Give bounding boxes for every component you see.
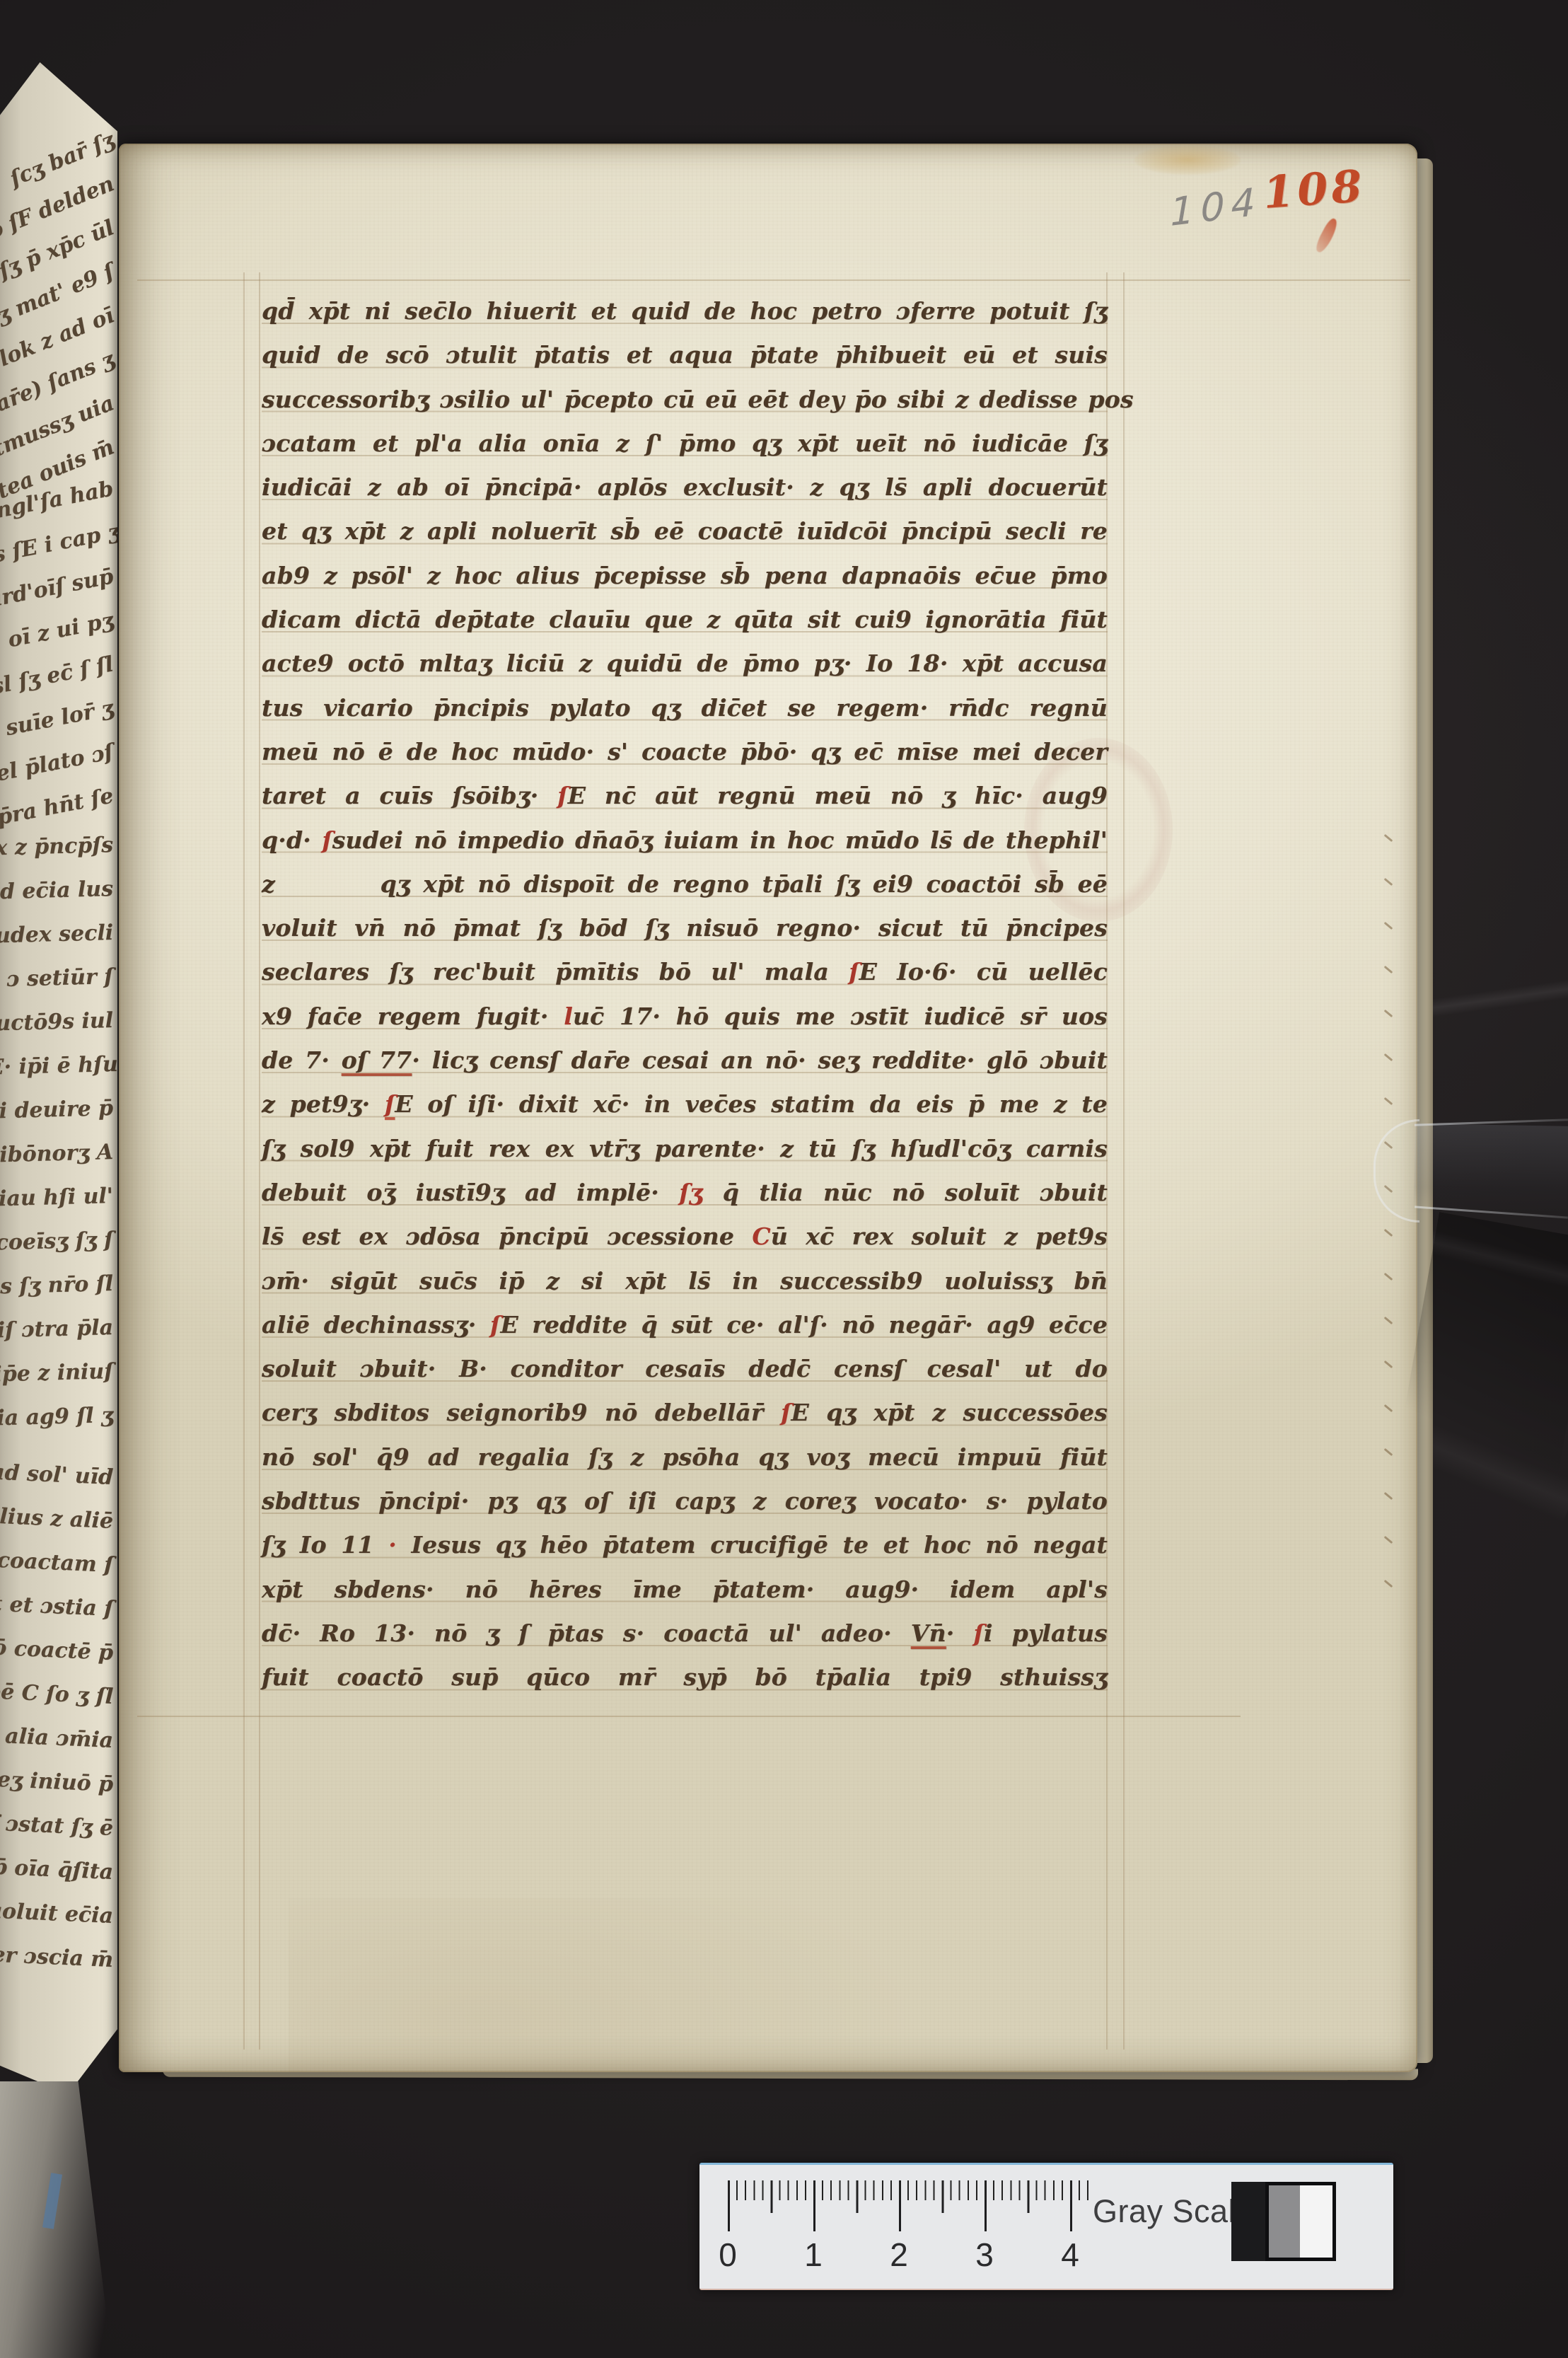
manuscript-line: nō sol' q̄9 ad regalia ſʒ z psōha qʒ v…	[262, 1435, 1108, 1479]
manuscript-text: de 7·	[262, 1046, 342, 1074]
gray-scale-label: Gray Scale	[1093, 2193, 1254, 2230]
manuscript-text: cerʒ sbditos seignorib9 nō debellār̄	[262, 1399, 781, 1426]
manuscript-line: dc̄· Ro 13· nō ʒ ſ p̄tas s· coactā ul'…	[262, 1612, 1108, 1655]
manuscript-line: aliē dechinassʒ· ſE reddite q̄ sūt ce·…	[262, 1303, 1108, 1347]
pricking-mark	[1384, 1273, 1393, 1281]
pricking-mark	[1384, 878, 1393, 886]
manuscript-text: dicam dictā dep̄tate clauīu que z qūt…	[262, 606, 1108, 633]
manuscript-line: ɔcatam et pl'a alia onīa z ſ' p̄mo qʒ x…	[262, 422, 1108, 466]
gray-scale-ruler-card: 01234 Gray Scale	[699, 2163, 1393, 2290]
manuscript-text: iudicāi z ab oī p̄ncipā· aplōs exclu…	[262, 473, 1108, 501]
facing-page-line: stoē C ſo ʒ ſl	[0, 1668, 114, 1719]
manuscript-text: successoribʒ ɔsilio ul' p̄cepto cū eū …	[262, 386, 1134, 413]
manuscript-line: iudicāi z ab oī p̄ncipā· aplōs exclu…	[262, 466, 1108, 509]
manuscript-text: ū xc̄ rex soluit z pet9s	[771, 1223, 1108, 1250]
ruler-number: 4	[1060, 2236, 1080, 2274]
facing-page-line: deʒ iniuō p̄	[0, 1755, 114, 1807]
manuscript-line: et qʒ xp̄t z apli noluerīt sb̄ eē coac…	[262, 509, 1108, 553]
gray-scale-patches	[1231, 2182, 1336, 2261]
manuscript-text: debuit oʒ̄ iustī9ʒ ad implē·	[262, 1179, 679, 1206]
pricking-mark	[1384, 1448, 1393, 1456]
manuscript-line: dicam dictā dep̄tate clauīu que z qūt…	[262, 598, 1108, 642]
manuscript-text: ·	[946, 1619, 974, 1647]
facing-page-line: ſ iuō coactē p̄	[0, 1624, 114, 1675]
manuscript-line: meū nō ē de hoc mūdo· s' coacte p̄bo…	[262, 730, 1108, 774]
facing-page-line: n li deuire p̄	[0, 1087, 114, 1135]
page-holder-strap-sheen	[1414, 1123, 1568, 1217]
ruler-number: 2	[889, 2236, 909, 2274]
rubric-mark: ſ	[781, 1399, 791, 1426]
manuscript-text: seclares ſʒ rec'buit p̄mītis bō ul' ma…	[262, 958, 849, 986]
manuscript-text: ab9 z psōl' z hoc alius p̄cepisse sb̄ p…	[262, 562, 1108, 589]
manuscript-text: soluit ɔbuit· B· conditor cesaīs dedc̄ …	[262, 1355, 1108, 1382]
pricking-mark	[1384, 922, 1393, 930]
facing-page-line: sup̄ oīa q̄ſita	[0, 1843, 114, 1895]
manuscript-text: voluit vn̄ nō p̄mat ſʒ bōd ſʒ nisuō r…	[262, 914, 1108, 942]
ruler-number: 0	[718, 2236, 738, 2274]
facing-page-line: ttia ɔ setiūr ſ	[0, 955, 114, 1003]
facing-page-sliver: ſcʒ bar̄ ſʒero ſF deldenʒ ſʒ p̄ xp̄c ūl…	[0, 62, 117, 2094]
facing-page-text-upper: ſʒ angl'ſa habiubas ſE i cap ʒſʒ iurd'oi…	[0, 467, 117, 818]
manuscript-line: debuit oʒ̄ iustī9ʒ ad implē· ſʒ q̄ tli…	[262, 1171, 1108, 1215]
patch-white	[1300, 2185, 1332, 2258]
facing-page-line: egū ibōnorʒ A	[0, 1131, 114, 1179]
manuscript-text: ſʒ Io 11	[262, 1531, 374, 1559]
facing-page-line: ʒ uoluit ec̄ia	[0, 1887, 114, 1938]
manuscript-text: i pylatus	[984, 1619, 1108, 1647]
rubric-mark: ſ	[849, 958, 859, 986]
facing-page-line: quas ſʒ nr̄o ſl	[0, 1262, 114, 1310]
manuscript-text: ls̄ est ex ɔdōsa p̄ncipū ɔcessione	[262, 1223, 752, 1250]
pricking-mark	[1384, 966, 1393, 973]
manuscript-line: ls̄ est ex ɔdōsa p̄ncipū ɔcessione Cū…	[262, 1215, 1108, 1259]
manuscript-line: taret a cuīs ſsōibʒ· ſE nc̄ aūt regnu…	[262, 774, 1108, 818]
manuscript-line: fuit coactō sup̄ qūco mr̄ syp̄ bō tp̄…	[262, 1655, 1108, 1699]
manuscript-line: z qʒ xp̄t nō dispoīt de regno tp̄ali ſ…	[262, 862, 1108, 906]
facing-page-line: ɔetia ag9 ſl ʒ	[0, 1394, 114, 1442]
manuscript-line: soluit ɔbuit· B· conditor cesaīs dedc̄ …	[262, 1347, 1108, 1391]
manuscript-line: ſʒ Io 11 · Iesus qʒ hēo p̄tatem crucifi…	[262, 1523, 1108, 1567]
facing-page-line: ſʒ alia ɔm̄ia	[0, 1711, 114, 1763]
manuscript-lines: qd̄ xp̄t ni sec̄lo hiuerit et quid de ho…	[262, 289, 1108, 1700]
facing-page-line: ipsaE· ip̄i ē hſu	[0, 1043, 114, 1091]
manuscript-line: seclares ſʒ rec'buit p̄mītis bō ul' ma…	[262, 950, 1108, 994]
facing-page-line: mip̄e z iniuſ	[0, 1350, 114, 1398]
ruling-line-vertical	[1123, 272, 1125, 2050]
manuscript-line: tus vicario p̄ncipis pylato qʒ dic̄et se…	[262, 686, 1108, 730]
manuscript-line: sbdttus p̄ncipi· pʒ qʒ oſ iſi capʒ z cor…	[262, 1479, 1108, 1523]
manuscript-text: dc̄· Ro 13· nō ʒ ſ p̄tas s· coactā ul'…	[262, 1619, 911, 1647]
manuscript-text: z pet9ʒ·	[262, 1090, 385, 1118]
photograph-scene: ſcʒ bar̄ ſʒero ſF deldenʒ ſʒ p̄ xp̄c ūl…	[0, 0, 1568, 2358]
manuscript-line: de 7· oſ 77· licʒ censſ dar̄e cesai an n…	[262, 1039, 1108, 1082]
manuscript-line: ſʒ sol9 xp̄t fuit rex ex vtr̄ʒ parente· …	[262, 1127, 1108, 1171]
rubric-mark: ſ	[385, 1090, 395, 1118]
manuscript-line: acte9 octō mltaʒ liciū z quidū de p̄m…	[262, 642, 1108, 686]
pricking-mark	[1384, 1010, 1393, 1017]
manuscript-line: q·d· ſsudei nō impedio dn̄aōʒ iuiam in…	[262, 819, 1108, 862]
manuscript-text: tus vicario p̄ncipis pylato qʒ dic̄et se…	[262, 694, 1108, 722]
facing-page-line: z coeīsʒ ſʒ ſ	[0, 1218, 114, 1266]
facing-page-text-bottom: eſs ad sol' uīdſ alius z aliēz coactam…	[0, 1456, 117, 1982]
manuscript-text: E qʒ xp̄t z successōes	[791, 1399, 1108, 1426]
ruler-number: 3	[975, 2236, 994, 2274]
rubric-mark: ſ	[322, 826, 332, 854]
manuscript-text: sbdttus p̄ncipi· pʒ qʒ oſ iſi capʒ z cor…	[262, 1487, 1108, 1515]
manuscript-line: xp̄t sbdens· nō hēres īme p̄tatem· au…	[262, 1568, 1108, 1612]
manuscript-text: ſʒ sol9 xp̄t fuit rex ex vtr̄ʒ parente· …	[262, 1135, 1108, 1162]
pricking-mark	[1384, 1317, 1393, 1324]
facing-page-text-middle: dex z p̄ncp̄ſsſtanīd ec̄ia lusfiar iude…	[0, 823, 117, 1438]
facing-page-line: uſ ɔstat ſʒ ē	[0, 1799, 114, 1851]
rubric-mark: ſ	[490, 1311, 500, 1339]
manuscript-text: et qʒ xp̄t z apli noluerīt sb̄ eē coac…	[262, 517, 1108, 545]
pricking-mark	[1384, 1536, 1393, 1544]
rubric-mark: C	[752, 1223, 770, 1250]
facing-page-text-top: ſcʒ bar̄ ſʒero ſF deldenʒ ſʒ p̄ xp̄c ūl…	[0, 117, 117, 468]
manuscript-text: fuit coactō sup̄ qūco mr̄ syp̄ bō tp̄…	[262, 1663, 1108, 1691]
book-cradle-edge	[0, 2081, 112, 2358]
facing-page-line: fiar iudex secli	[0, 911, 114, 959]
patch-black	[1231, 2182, 1265, 2261]
pricking-mark	[1384, 1580, 1393, 1588]
manuscript-text: Iesus qʒ hēo p̄tatem crucifigē te et h…	[397, 1531, 1108, 1559]
patch-gray	[1269, 2185, 1300, 2258]
facing-page-line: ʒ ſiſ ɔtra p̄la	[0, 1306, 114, 1354]
pricking-mark	[1384, 1229, 1393, 1237]
manuscript-text: E reddite q̄ sūt ce· al'ſ· nō negār̄·…	[500, 1311, 1108, 1339]
manuscript-line: quid de scō ɔtulit p̄tatis et aqua p̄ta…	[262, 333, 1108, 377]
manuscript-text: quid de scō ɔtulit p̄tatis et aqua p̄ta…	[262, 341, 1108, 369]
manuscript-text: z qʒ xp̄t nō dispoīt de regno tp̄ali ſ…	[262, 870, 1108, 898]
parchment-shading	[289, 1898, 925, 2072]
facing-page-line: ſ alius z aliē	[0, 1492, 114, 1544]
manuscript-text: ɔm̄· sigūt suc̄s ip̄ z si xp̄t ls̄ in s…	[262, 1267, 1108, 1295]
manuscript-text: q̄ tlia nūc nō soluīt ɔbuit	[703, 1179, 1108, 1206]
facing-page-line: ſ aliau hſi ul'	[0, 1174, 114, 1223]
manuscript-text: E nc̄ aūt regnū meū nō ʒ hīc· aug9	[568, 782, 1108, 809]
manuscript-line: ab9 z psōl' z hoc alius p̄cepisse sb̄ p…	[262, 554, 1108, 598]
manuscript-text: meū nō ē de hoc mūdo· s' coacte p̄bo…	[262, 738, 1108, 765]
manuscript-text: nō sol' q̄9 ad regalia ſʒ z psōha qʒ v…	[262, 1443, 1108, 1471]
facing-page-line: z coactam ſ	[0, 1536, 114, 1588]
rubric-mark: ſ	[973, 1619, 983, 1647]
facing-page-line: p̄t et ɔstia ſ	[0, 1580, 114, 1631]
ruling-line-vertical	[243, 272, 245, 2050]
pricking-mark	[1384, 1404, 1393, 1412]
facing-page-line: eſs ad sol' uīd	[0, 1448, 114, 1500]
manuscript-text: q·d·	[262, 826, 322, 854]
ruling-line-vertical	[259, 272, 260, 2050]
manuscript-text: taret a cuīs ſsōibʒ·	[262, 782, 557, 809]
manuscript-text: x9 fac̄e regem fugit·	[262, 1002, 564, 1030]
manuscript-page: 104 108 qd̄ xp̄t ni sec̄lo hiuerit et qu…	[119, 144, 1417, 2072]
manuscript-text: E oſ iſi· dixit xc̄· in vec̄es statim da…	[395, 1090, 1108, 1118]
manuscript-line: z pet9ʒ· ſE oſ iſi· dixit xc̄· in vec̄es…	[262, 1082, 1108, 1126]
folio-number-ink: 108	[1262, 160, 1367, 219]
facing-page-line: ʒʒ auctō9s iul	[0, 999, 114, 1047]
ruling-line-bottom	[137, 1716, 1241, 1717]
manuscript-line: voluit vn̄ nō p̄mat ſʒ bōd ſʒ nisuō r…	[262, 906, 1108, 950]
manuscript-text: · licʒ censſ dar̄e cesai an nō· seʒ red…	[412, 1046, 1108, 1074]
manuscript-line: ɔm̄· sigūt suc̄s ip̄ z si xp̄t ls̄ in s…	[262, 1259, 1108, 1303]
patch-frame	[1265, 2182, 1336, 2261]
rubric-mark: l	[564, 1002, 573, 1030]
pricking-mark	[1384, 1097, 1393, 1105]
text-block: qd̄ xp̄t ni sec̄lo hiuerit et quid de ho…	[262, 289, 1108, 1700]
manuscript-line: cerʒ sbditos seignorib9 nō debellār̄ ſ…	[262, 1391, 1108, 1435]
manuscript-line: x9 fac̄e regem fugit· luc̄ 17· hō quis …	[262, 995, 1108, 1039]
manuscript-text: aliē dechinassʒ·	[262, 1311, 490, 1339]
pricking-mark	[1384, 1053, 1393, 1061]
manuscript-text: ɔcatam et pl'a alia onīa z ſ' p̄mo qʒ x…	[262, 429, 1108, 457]
rubric-mark: ·	[374, 1531, 397, 1559]
manuscript-text: sudei nō impedio dn̄aōʒ iuiam in hoc m…	[332, 826, 1108, 854]
facing-page-line: ſtanīd ec̄ia lus	[0, 867, 114, 915]
manuscript-text: uc̄ 17· hō quis me ɔstīt iudicē sr̄ u…	[573, 1002, 1108, 1030]
ruler-number: 1	[803, 2236, 823, 2274]
manuscript-line: successoribʒ ɔsilio ul' p̄cepto cū eū …	[262, 378, 1108, 422]
facing-page-line: dex z p̄ncp̄ſs	[0, 823, 114, 872]
rubric-mark: ſʒ	[679, 1179, 702, 1206]
manuscript-text: acte9 octō mltaʒ liciū z quidū de p̄m…	[262, 649, 1108, 677]
rubric-mark: ſ	[557, 782, 567, 809]
pricking-mark	[1384, 834, 1393, 842]
manuscript-text: qd̄ xp̄t ni sec̄lo hiuerit et quid de ho…	[262, 297, 1108, 325]
folio-number-pencil: 104	[1170, 179, 1262, 235]
ruling-line-top	[137, 279, 1410, 281]
red-ink-smudge	[1313, 216, 1341, 254]
pricking-mark	[1384, 1360, 1393, 1368]
manuscript-text: xp̄t sbdens· nō hēres īme p̄tatem· au…	[262, 1576, 1108, 1603]
facing-page-line: p̄ter ɔscia m̄	[0, 1931, 114, 1982]
manuscript-text: Vn̄	[911, 1619, 946, 1647]
parchment-stain	[1134, 145, 1241, 175]
manuscript-line: qd̄ xp̄t ni sec̄lo hiuerit et quid de ho…	[262, 289, 1108, 333]
manuscript-text: E Io·6· cū uellēc	[859, 958, 1108, 986]
manuscript-text: oſ 77	[342, 1046, 412, 1074]
